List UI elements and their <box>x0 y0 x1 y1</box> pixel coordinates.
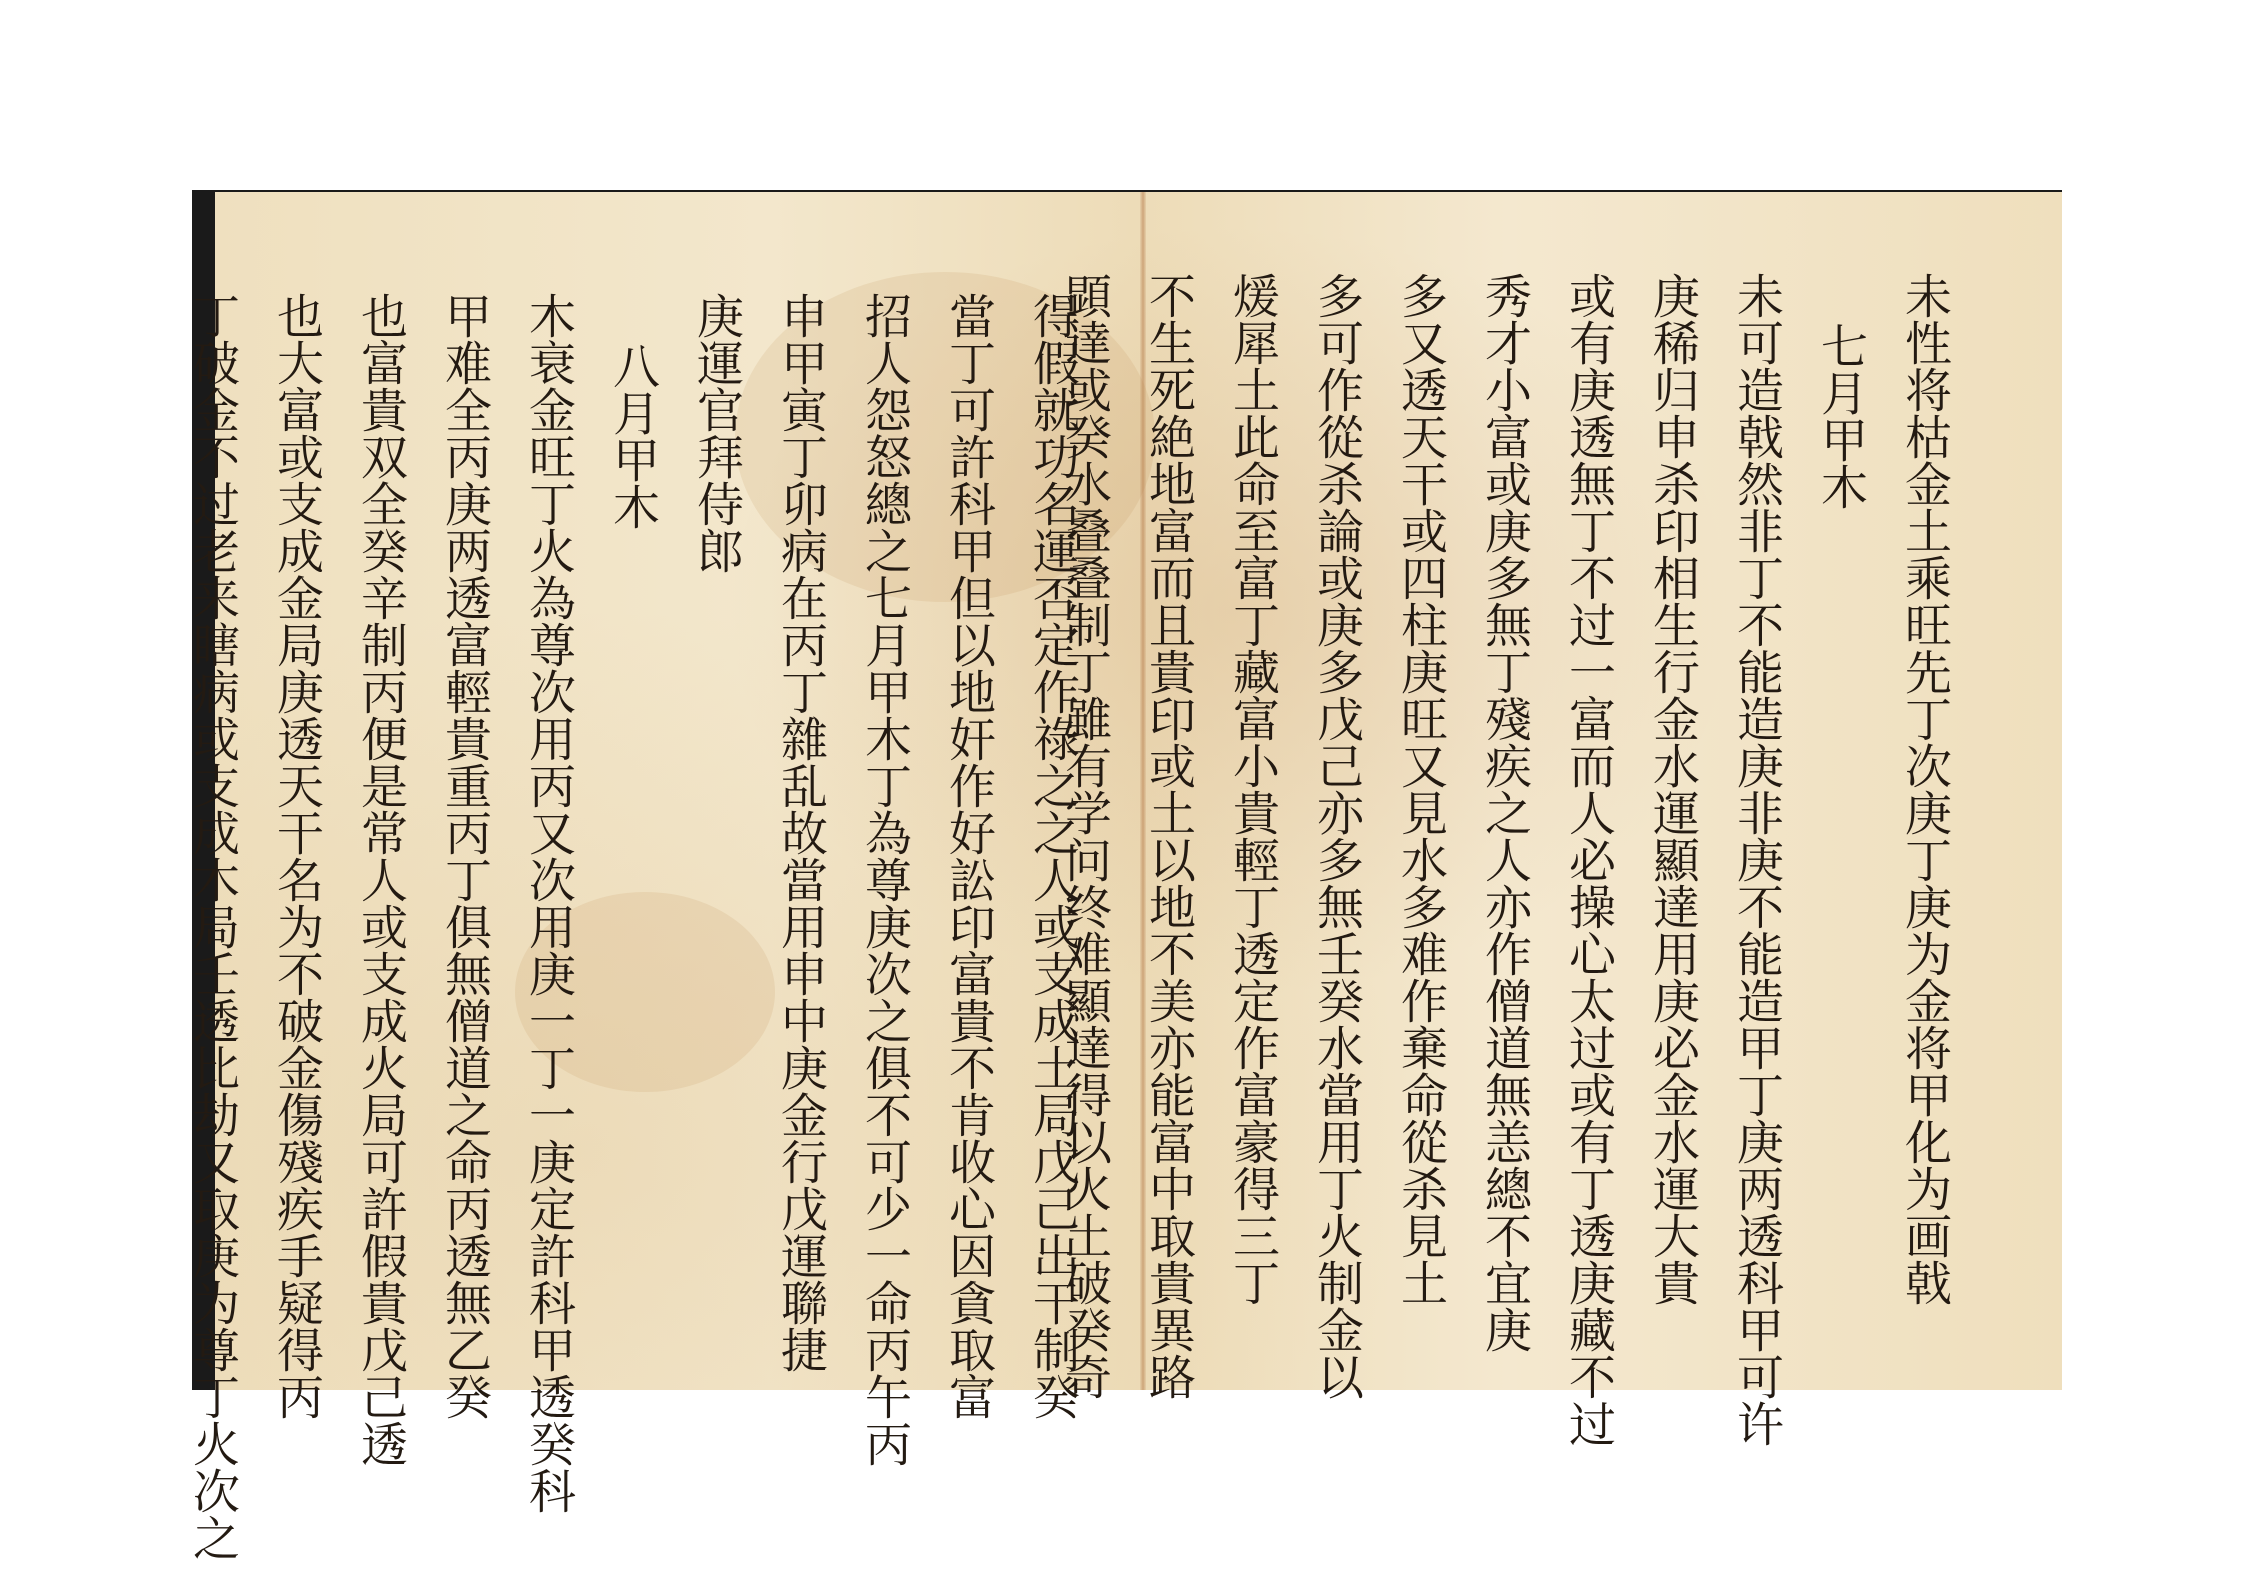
text-column: 多可作從杀論或庚多戊己亦多無壬癸水當用丁火制金以 <box>1303 272 1369 1370</box>
text-column: 當丁可許科甲但以地奸作好訟印富貴不肯收心因貪取富 <box>935 292 1001 1370</box>
section-heading: 八月甲木 <box>599 292 665 1370</box>
text-column: 庚稀归申杀印相生行金水運顯達用庚必金水運大貴 <box>1639 272 1705 1370</box>
text-column: 煖犀土此命至富丁藏富小貴輕丁透定作富豪得三丁 <box>1219 272 1285 1370</box>
text-column: 不生死絶地富而且貴印或土以地不美亦能富中取貴異路 <box>1135 272 1201 1370</box>
left-page: 得假就功名運否定作祿之之人或支成土局戊己出干制癸 當丁可許科甲但以地奸作好訟印富… <box>215 192 1140 1390</box>
text-column: 木衰金旺丁火為尊次用丙又次用庚一丁一庚定許科甲透癸科 <box>515 292 581 1370</box>
text-column: 秀才小富或庚多無丁殘疾之人亦作僧道無恙總不宜庚 <box>1471 272 1537 1370</box>
text-column: 多又透天干或四柱庚旺又見水多难作棄命從杀見土 <box>1387 272 1453 1370</box>
text-column: 庚運官拜侍郎 <box>683 292 749 1370</box>
text-column: 甲难全丙庚两透富輕貴重丙丁俱無僧道之命丙透無乙癸 <box>431 292 497 1370</box>
text-column: 也大富或支成金局庚透天干名为不破金傷殘疾手疑得丙 <box>263 292 329 1370</box>
manuscript-spread: 得假就功名運否定作祿之之人或支成土局戊己出干制癸 當丁可許科甲但以地奸作好訟印富… <box>215 192 2062 1390</box>
right-page: 未性将枯金土乘旺先丁次庚丁庚为金将甲化为画戟 七月甲木 未可造戟然非丁不能造庚非… <box>1140 192 2062 1390</box>
text-column: 丁破金不过老来瞎病或支成木局壬透比劫又取庚为尊丁火次之 <box>179 292 245 1370</box>
text-column: 或有庚透無丁不过一富而人必操心太过或有丁透庚藏不过 <box>1555 272 1621 1370</box>
text-column: 也富貴双全癸辛制丙便是常人或支成火局可許假貴戊己透 <box>347 292 413 1370</box>
text-column: 顕達或癸水叠叠制丁雖有学问终难顯達得以火土破癸奇 <box>1051 272 1117 1370</box>
text-column: 未可造戟然非丁不能造庚非庚不能造甲丁庚两透科甲可许 <box>1723 272 1789 1370</box>
page-title: 未性将枯金土乘旺先丁次庚丁庚为金将甲化为画戟 <box>1891 272 1957 1370</box>
left-page-text: 得假就功名運否定作祿之之人或支成土局戊己出干制癸 當丁可許科甲但以地奸作好訟印富… <box>255 292 1085 1370</box>
right-page-text: 未性将枯金土乘旺先丁次庚丁庚为金将甲化为画戟 七月甲木 未可造戟然非丁不能造庚非… <box>1180 272 1957 1370</box>
section-heading: 七月甲木 <box>1807 272 1873 1370</box>
text-column: 招人怨怒總之七月甲木丁為尊庚次之俱不可少一命丙午丙 <box>851 292 917 1370</box>
text-column: 申甲寅丁卯病在丙丁雜乱故當用申中庚金行戊運聯捷 <box>767 292 833 1370</box>
